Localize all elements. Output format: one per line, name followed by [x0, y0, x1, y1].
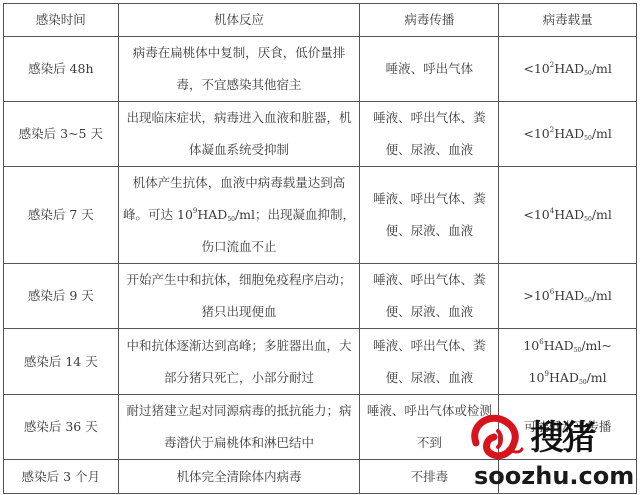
table-row: 感染后 48h 病毒在扁桃体中复制，厌食，低价量排毒，不宜感染其他宿主 唾液、呼…: [4, 37, 637, 102]
cell-time: 感染后 48h: [4, 37, 119, 102]
soozhu-watermark: 搜猪 soozhu.com: [468, 413, 638, 493]
cell-time: 感染后 9 天: [4, 264, 119, 329]
cell-load: 106HAD50/ml~ 109HAD50/ml: [499, 329, 637, 395]
cell-transmission: 唾液、呼出气体、粪便、尿液、血液: [360, 329, 499, 395]
table-row: 感染后 9 天 开始产生中和抗体，细胞免疫程序启动；猪只出现便血 唾液、呼出气体…: [4, 264, 637, 329]
watermark-url: soozhu.com: [474, 461, 634, 491]
header-infection-time: 感染时间: [4, 4, 119, 37]
table-row: 感染后 7 天 机体产生抗体，血液中病毒载量达到高峰。可达 109HAD50/m…: [4, 167, 637, 264]
cell-transmission: 唾液、呼出气体、粪便、尿液、血液: [360, 102, 499, 167]
load-range-start: 106HAD50/ml~: [503, 330, 632, 362]
cell-time: 感染后 3 个月: [4, 460, 119, 494]
cell-load: >106HAD50/ml: [499, 264, 637, 329]
cell-transmission: 唾液、呼出气体、粪便、尿液、血液: [360, 264, 499, 329]
cell-time: 感染后 14 天: [4, 329, 119, 395]
cell-load: <104HAD50/ml: [499, 167, 637, 264]
table-row: 感染后 14 天 中和抗体逐渐达到高峰；多脏器出血，大部分猪只死亡，小部分耐过 …: [4, 329, 637, 395]
cell-time: 感染后 7 天: [4, 167, 119, 264]
cell-transmission: 唾液、呼出气体: [360, 37, 499, 102]
cell-reaction: 病毒在扁桃体中复制，厌食，低价量排毒，不宜感染其他宿主: [118, 37, 360, 102]
header-virus-transmission: 病毒传播: [360, 4, 499, 37]
cell-load: <102HAD50/ml: [499, 37, 637, 102]
header-body-reaction: 机体反应: [118, 4, 360, 37]
load-range-end: 109HAD50/ml: [503, 362, 632, 394]
table-row: 感染后 3~5 天 出现临床症状，病毒进入血液和脏器，机体凝血系统受抑制 唾液、…: [4, 102, 637, 167]
watermark-brand: 搜猪: [530, 413, 594, 463]
cell-reaction: 出现临床症状，病毒进入血液和脏器，机体凝血系统受抑制: [118, 102, 360, 167]
cell-load: <102HAD50/ml: [499, 102, 637, 167]
header-row: 感染时间 机体反应 病毒传播 病毒载量: [4, 4, 637, 37]
cell-reaction: 耐过猪建立起对同源病毒的抵抗能力；病毒潜伏于扁桃体和淋巴结中: [118, 395, 360, 460]
cell-reaction: 机体产生抗体，血液中病毒载量达到高峰。可达 109HAD50/ml；出现凝血抑制…: [118, 167, 360, 264]
cell-reaction: 机体完全清除体内病毒: [118, 460, 360, 494]
cell-transmission: 唾液、呼出气体、粪便、尿液、血液: [360, 167, 499, 264]
cell-reaction: 开始产生中和抗体，细胞免疫程序启动；猪只出现便血: [118, 264, 360, 329]
header-viral-load: 病毒载量: [499, 4, 637, 37]
soozhu-logo-icon: [468, 413, 524, 463]
cell-reaction: 中和抗体逐渐达到高峰；多脏器出血，大部分猪只死亡，小部分耐过: [118, 329, 360, 395]
cell-time: 感染后 3~5 天: [4, 102, 119, 167]
cell-time: 感染后 36 天: [4, 395, 119, 460]
